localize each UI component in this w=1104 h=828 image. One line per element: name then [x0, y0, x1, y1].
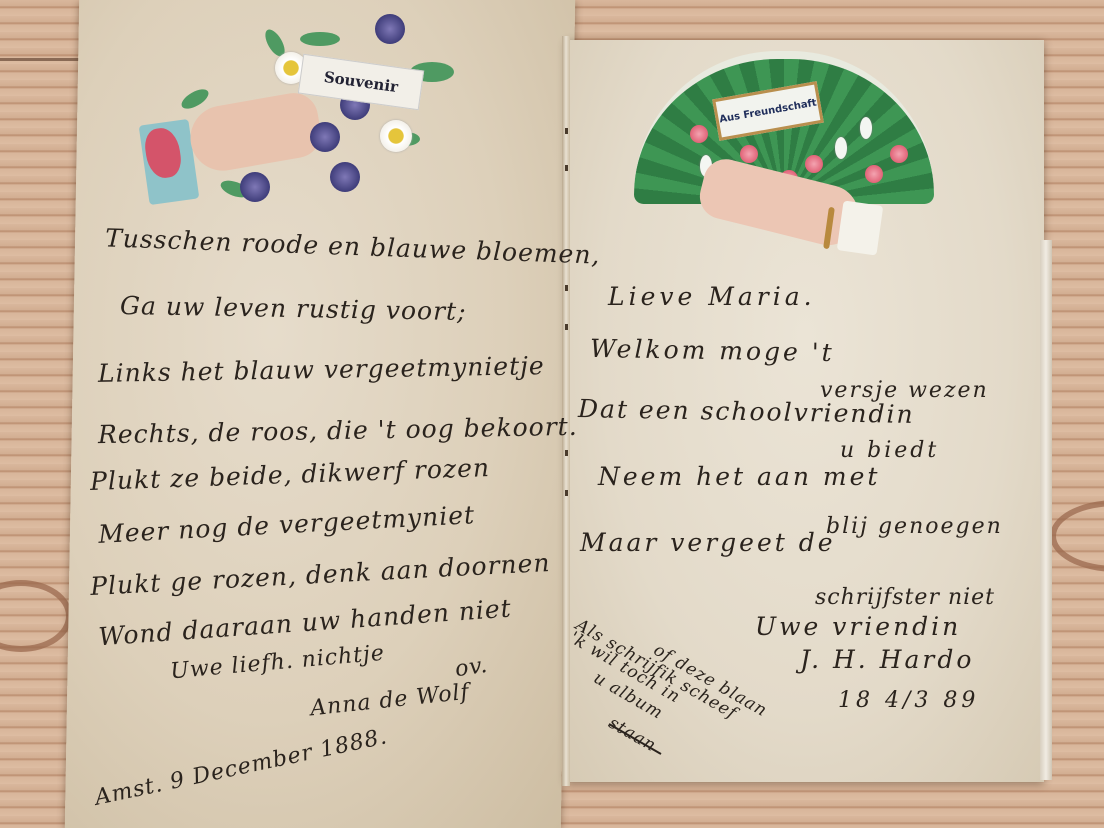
pink-flower-icon [890, 145, 908, 163]
leaf-shape [300, 32, 340, 46]
binding-stitch [565, 490, 568, 496]
right-poem-line: blij genoegen [826, 514, 1003, 539]
wood-plank-seam [0, 58, 90, 61]
souvenir-scrap-image: Souvenir [140, 12, 480, 222]
right-poem-line: Welkom moge 't [590, 334, 835, 367]
leaf-shape [179, 85, 212, 112]
pink-flower-icon [690, 125, 708, 143]
right-poem-line: schrijfster niet [815, 585, 995, 610]
right-signature: J. H. Hardo [800, 645, 974, 674]
violet-flower-icon [375, 14, 405, 44]
binding-stitch [565, 165, 568, 171]
lace-cuff [837, 200, 884, 255]
wood-knot [1050, 500, 1104, 572]
souvenir-label: Souvenir [298, 54, 424, 111]
violet-flower-icon [330, 162, 360, 192]
right-date: 18 4/3 89 [838, 688, 979, 713]
right-poem-line: u biedt [840, 438, 939, 463]
left-closing-mark: ov. [453, 653, 489, 682]
violet-flower-icon [310, 122, 340, 152]
pink-flower-icon [805, 155, 823, 173]
binding-stitch [565, 128, 568, 134]
right-salutation: Lieve Maria. [608, 282, 816, 311]
snowdrop-flower-icon [835, 137, 847, 159]
right-poem-line: Maar vergeet de [580, 528, 836, 557]
pink-flower-icon [865, 165, 883, 183]
binding-stitch [565, 324, 568, 330]
hand-shape [185, 89, 324, 176]
left-poem-line: Ga uw leven rustig voort; [120, 291, 467, 326]
violet-flower-icon [240, 172, 270, 202]
wood-knot [0, 580, 72, 652]
pink-flower-icon [740, 145, 758, 163]
daisy-flower-icon [380, 120, 412, 152]
page-stack-edge [1040, 240, 1052, 780]
fan-scrap-image: Aus Freundschaft [630, 45, 940, 255]
right-poem-line: Dat een schoolvriendin [578, 394, 915, 429]
snowdrop-flower-icon [860, 117, 872, 139]
right-closing: Uwe vriendin [755, 612, 961, 641]
binding-stitch [565, 285, 568, 291]
right-poem-line: Neem het aan met [598, 462, 880, 491]
binding-stitch [565, 450, 568, 456]
